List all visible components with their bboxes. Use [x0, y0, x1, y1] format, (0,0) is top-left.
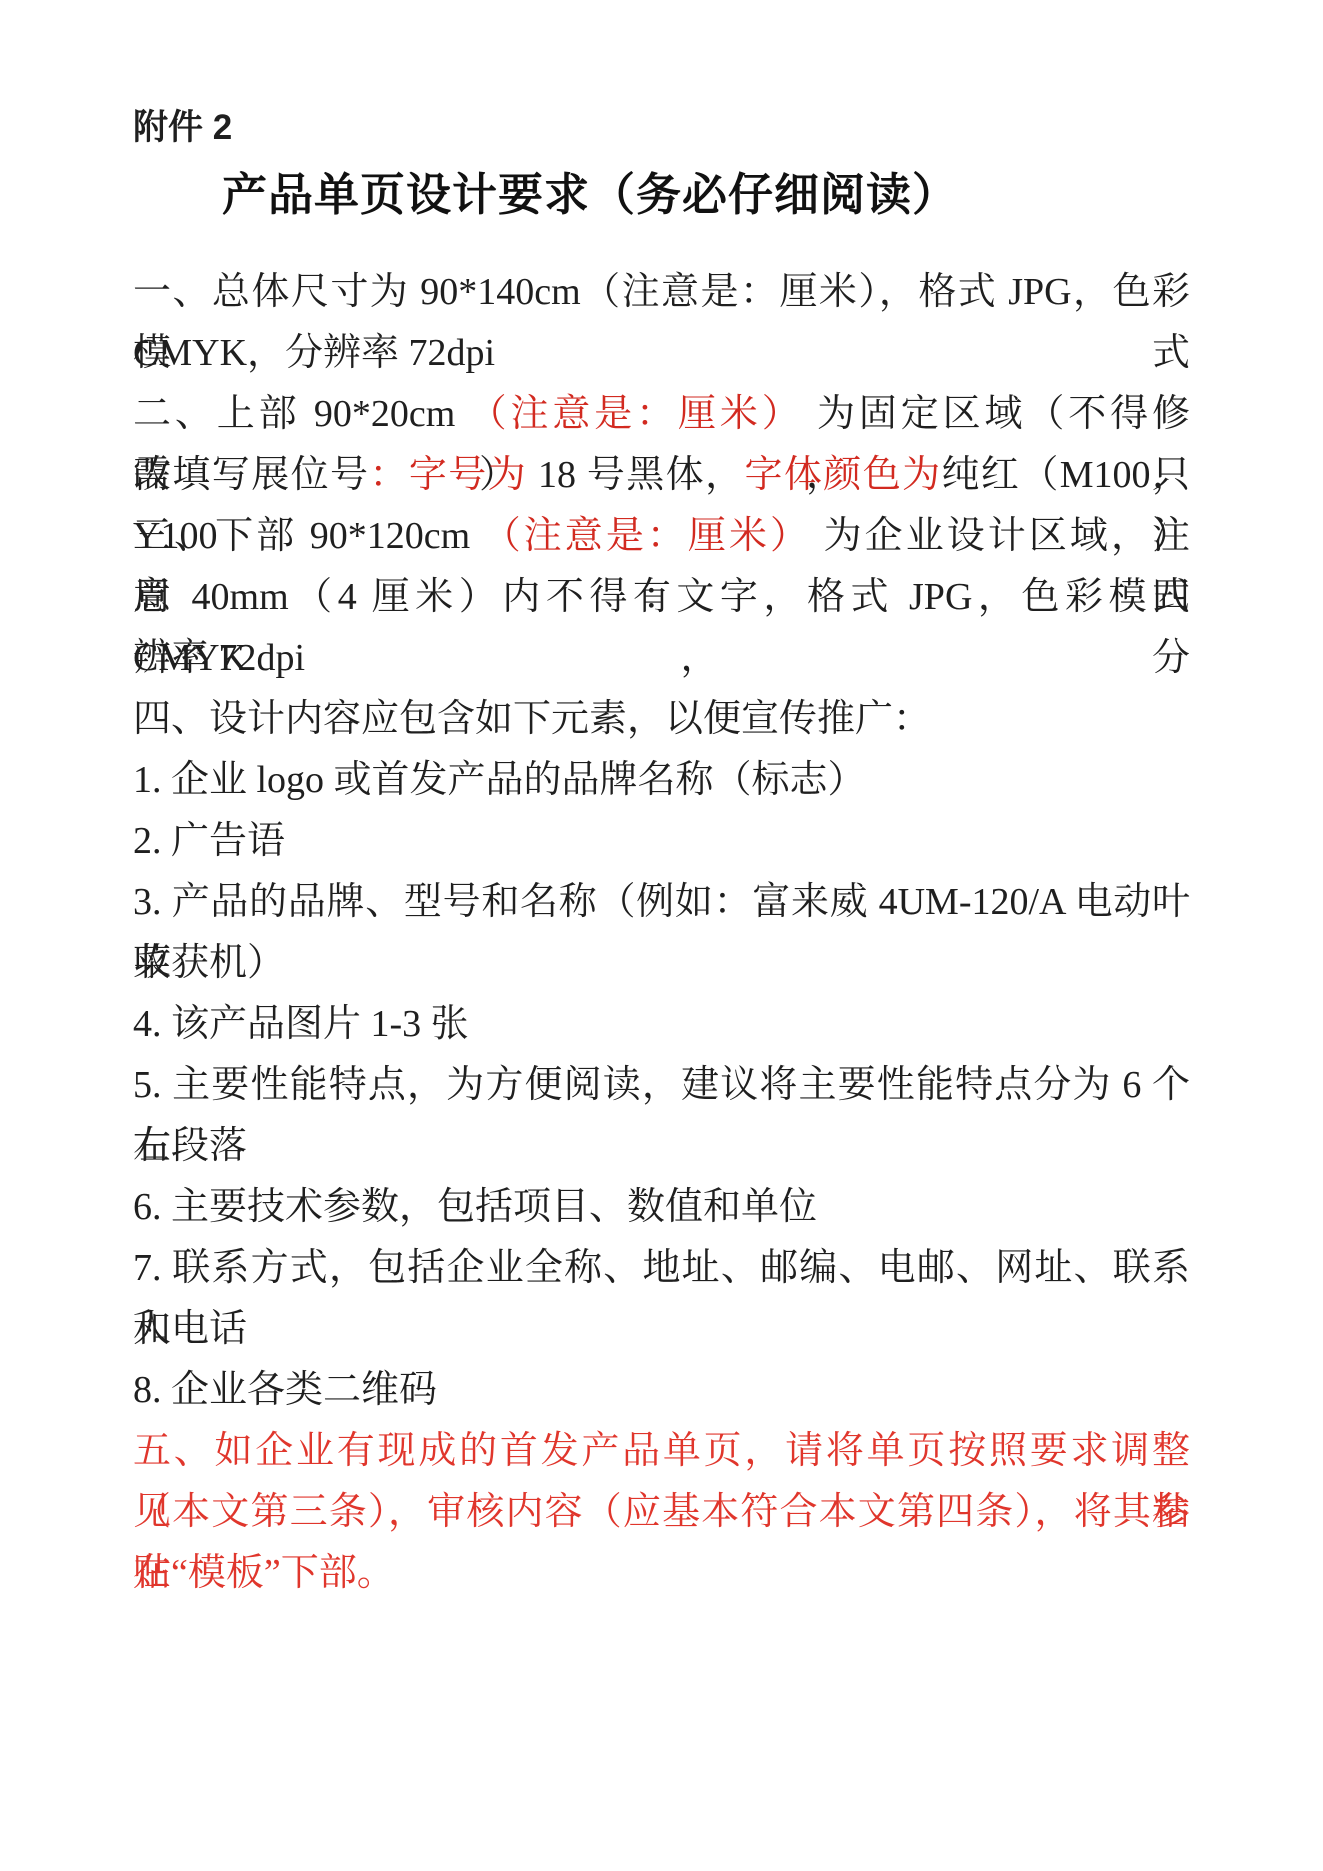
document-body: 一、总体尺寸为 90*140cm（注意是：厘米），格式 JPG，色彩模式CMYK… [133, 262, 1190, 1604]
text-segment: 右段落 [133, 1125, 247, 1167]
attachment-label: 附件 2 [133, 100, 232, 150]
text-segment: 6. 主要技术参数，包括项目、数值和单位 [133, 1186, 817, 1228]
red-highlight-segment: （注意是：厘米） [469, 393, 804, 435]
document-page: 附件 2 产品单页设计要求（务必仔细阅读） 一、总体尺寸为 90*140cm（注… [0, 0, 1323, 1871]
text-segment: 三、下部 90*120cm [133, 515, 483, 557]
red-highlight-segment: 在“模板”下部。 [133, 1552, 395, 1594]
text-line: 四、设计内容应包含如下元素，以便宣传推广： [133, 689, 1190, 750]
page-title: 产品单页设计要求（务必仔细阅读） [222, 158, 958, 223]
text-line: 7. 联系方式，包括企业全称、地址、邮编、电邮、网址、联系人 [133, 1238, 1190, 1299]
text-line: 3. 产品的品牌、型号和名称（例如：富来威 4UM-120/A 电动叶菜 [133, 872, 1190, 933]
text-segment: 辨率 72dpi [133, 637, 305, 679]
text-line: 5. 主要性能特点，为方便阅读，建议将主要性能特点分为 6 个左 [133, 1055, 1190, 1116]
text-line: 二、上部 90*20cm （注意是：厘米） 为固定区域（不得修改），只 [133, 384, 1190, 445]
text-line: 和电话 [133, 1299, 1190, 1360]
text-line: 1. 企业 logo 或首发产品的品牌名称（标志） [133, 750, 1190, 811]
red-highlight-segment: 字体颜色为 [745, 454, 942, 496]
text-line: 2. 广告语 [133, 811, 1190, 872]
red-highlight-segment: （注意是：厘米） [483, 515, 811, 557]
text-line: 需填写展位号：字号为 18 号黑体，字体颜色为纯红（M100，Y100） [133, 445, 1190, 506]
text-line: 4. 该产品图片 1-3 张 [133, 994, 1190, 1055]
text-segment: 和电话 [133, 1308, 247, 1350]
text-segment: 18 号黑体， [527, 454, 744, 496]
text-line: 右段落 [133, 1116, 1190, 1177]
text-segment: 2. 广告语 [133, 820, 285, 862]
text-segment: CMYK，分辨率 72dpi [133, 332, 495, 374]
text-line: 在“模板”下部。 [133, 1543, 1190, 1604]
red-highlight-segment: ：字号为 [369, 454, 527, 496]
text-segment: 8. 企业各类二维码 [133, 1369, 437, 1411]
text-line: 6. 主要技术参数，包括项目、数值和单位 [133, 1177, 1190, 1238]
text-line: 8. 企业各类二维码 [133, 1360, 1190, 1421]
text-segment: 四、设计内容应包含如下元素，以便宣传推广： [133, 698, 931, 740]
text-line: 五、如企业有现成的首发产品单页，请将单页按照要求调整（参 [133, 1421, 1190, 1482]
text-line: 周 40mm（4 厘米）内不得有文字，格式 JPG，色彩模式 CMYK，分 [133, 567, 1190, 628]
text-line: 收获机） [133, 933, 1190, 994]
text-segment: 4. 该产品图片 1-3 张 [133, 1003, 469, 1045]
text-segment: 需填写展位号 [133, 454, 369, 496]
text-line: 三、下部 90*120cm （注意是：厘米） 为企业设计区域，注意：四 [133, 506, 1190, 567]
text-line: 一、总体尺寸为 90*140cm（注意是：厘米），格式 JPG，色彩模式 [133, 262, 1190, 323]
text-segment: 二、上部 90*20cm [133, 393, 469, 435]
text-line: 见本文第三条），审核内容（应基本符合本文第四条），将其粘贴 [133, 1482, 1190, 1543]
text-segment: 收获机） [133, 942, 285, 984]
text-segment: 1. 企业 logo 或首发产品的品牌名称（标志） [133, 759, 866, 801]
